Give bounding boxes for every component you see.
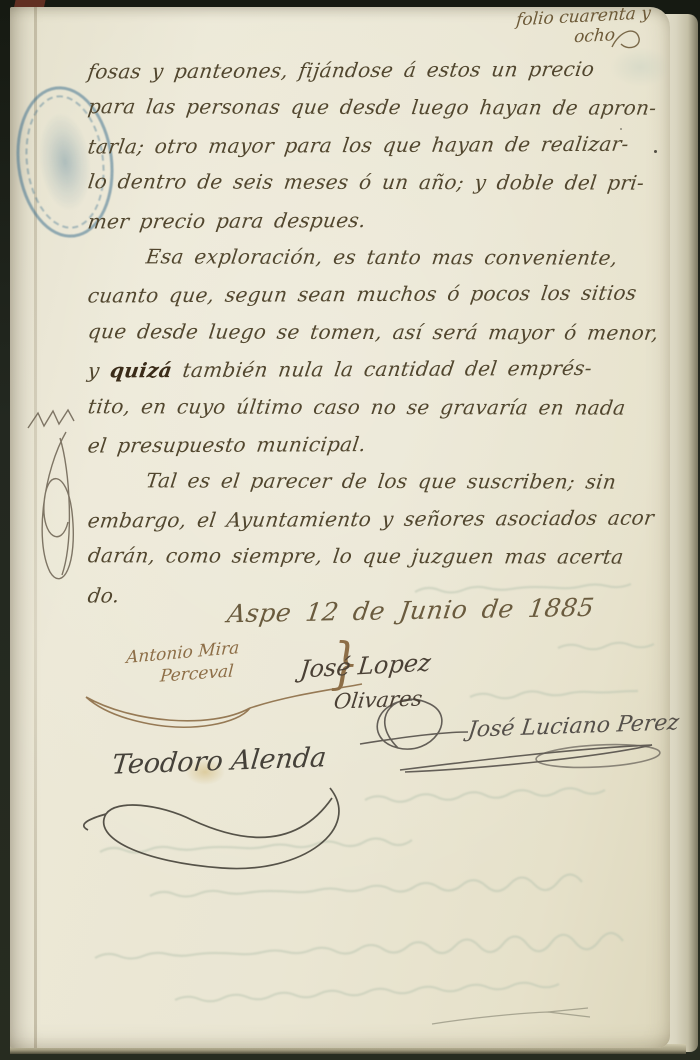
- emphasized-word: quizá: [109, 358, 174, 382]
- manuscript-line: mer precio para despues.: [85, 200, 670, 240]
- ink-speck: [654, 150, 657, 153]
- manuscript-line: lo dentro de seis meses ó un año; y dobl…: [86, 163, 671, 202]
- manuscript-line: embargo, el Ayuntamiento y señores asoci…: [85, 499, 670, 539]
- manuscript-line: tarla; otro mayor para los que hayan de …: [85, 125, 670, 165]
- manuscript-line: Tal es el parecer de los que suscriben; …: [86, 463, 671, 502]
- manuscript-body: fosas y panteones, fijándose á estos un …: [88, 52, 668, 613]
- manuscript-line: para las personas que desde luego hayan …: [86, 89, 671, 128]
- manuscript-line: que desde luego se tomen, así será mayor…: [86, 313, 671, 352]
- emphasis-post: también nula la cantidad del emprés-: [171, 356, 594, 382]
- manuscript-line: Esa exploración, es tanto mas convenient…: [86, 238, 671, 277]
- manuscript-line: darán, como siempre, lo que juzguen mas …: [86, 538, 671, 577]
- scanned-manuscript-page: folio cuarenta y ocho fosas y panteones,…: [0, 0, 700, 1060]
- manuscript-line: el presupuesto municipal.: [85, 425, 670, 465]
- signature-jose-lopez-line2: Olivares: [333, 686, 424, 713]
- manuscript-line: cuanto que, segun sean muchos ó pocos lo…: [85, 275, 670, 315]
- manuscript-line: tito, en cuyo último caso no se gravaría…: [86, 388, 671, 427]
- manuscript-line: fosas y panteones, fijándose á estos un …: [85, 50, 670, 90]
- ink-speck: [620, 128, 622, 130]
- manuscript-line-emphasized: y quizá también nula la cantidad del emp…: [85, 350, 670, 390]
